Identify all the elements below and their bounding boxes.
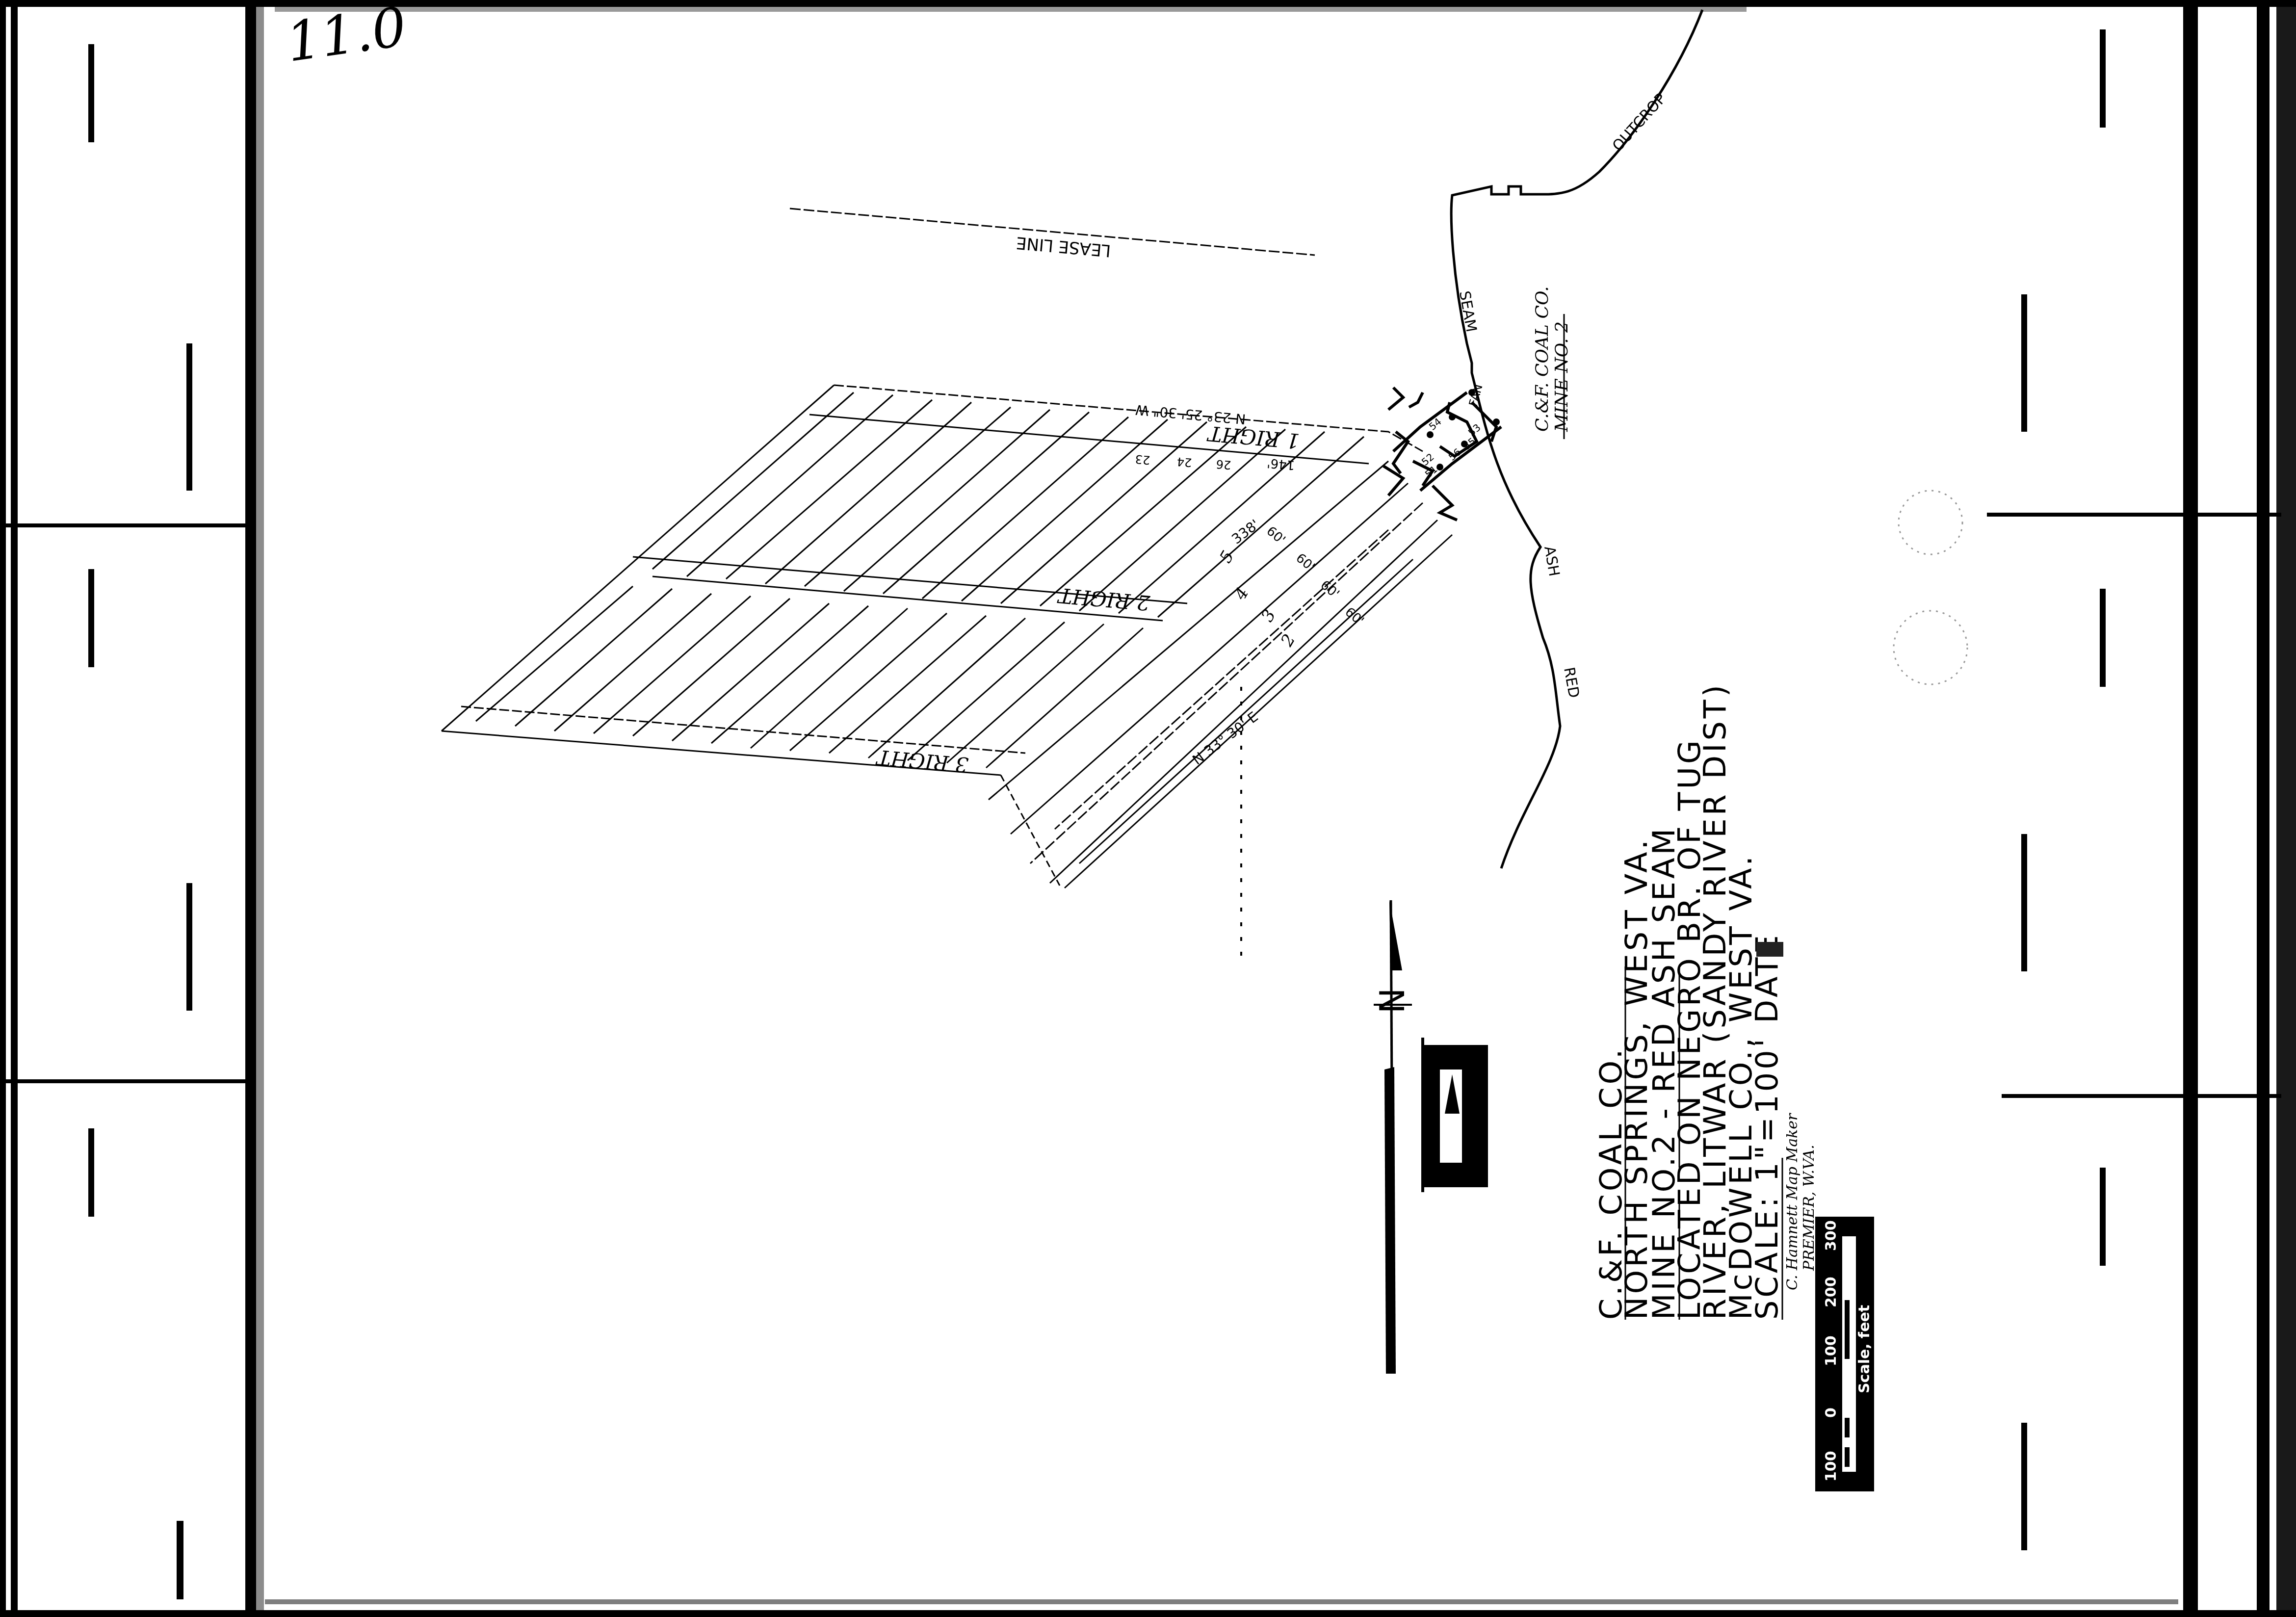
compass-inset: [1422, 1038, 1488, 1192]
maker-stamp-place: PREMIER, W.VA.: [1800, 1145, 1818, 1271]
scale-tick: 300: [1823, 1220, 1840, 1251]
maker-stamp-name: C. Hamnett Map Maker: [1784, 1113, 1801, 1290]
scale-tick: 100: [1823, 1335, 1840, 1366]
entry-number: 26: [1216, 457, 1232, 472]
mine-label-company: C.&F. COAL CO.: [1532, 286, 1552, 432]
mine-map-sheet: 11.0 LEASE LINE OUTCROP SEAM ASH RED C.&…: [0, 0, 2296, 1617]
entry-number: 23: [1135, 452, 1151, 467]
north-arrow-label: N: [1372, 988, 1412, 1014]
length-146: 146': [1266, 455, 1295, 472]
scale-tick: 100: [1823, 1451, 1840, 1482]
mine-label-number: MINE NO. 2: [1552, 321, 1572, 432]
scale-bar: 100 0 100 200 300 Scale, feet: [1815, 1217, 1874, 1491]
date-stamp-box: [1756, 942, 1783, 957]
entry-number: 24: [1176, 454, 1193, 469]
scale-tick: 200: [1823, 1277, 1840, 1307]
scale-tick: 0: [1823, 1408, 1840, 1418]
scale-caption: Scale, feet: [1856, 1305, 1873, 1393]
title-line-scale: SCALE: 1"=100' DATE: [1749, 932, 1785, 1320]
